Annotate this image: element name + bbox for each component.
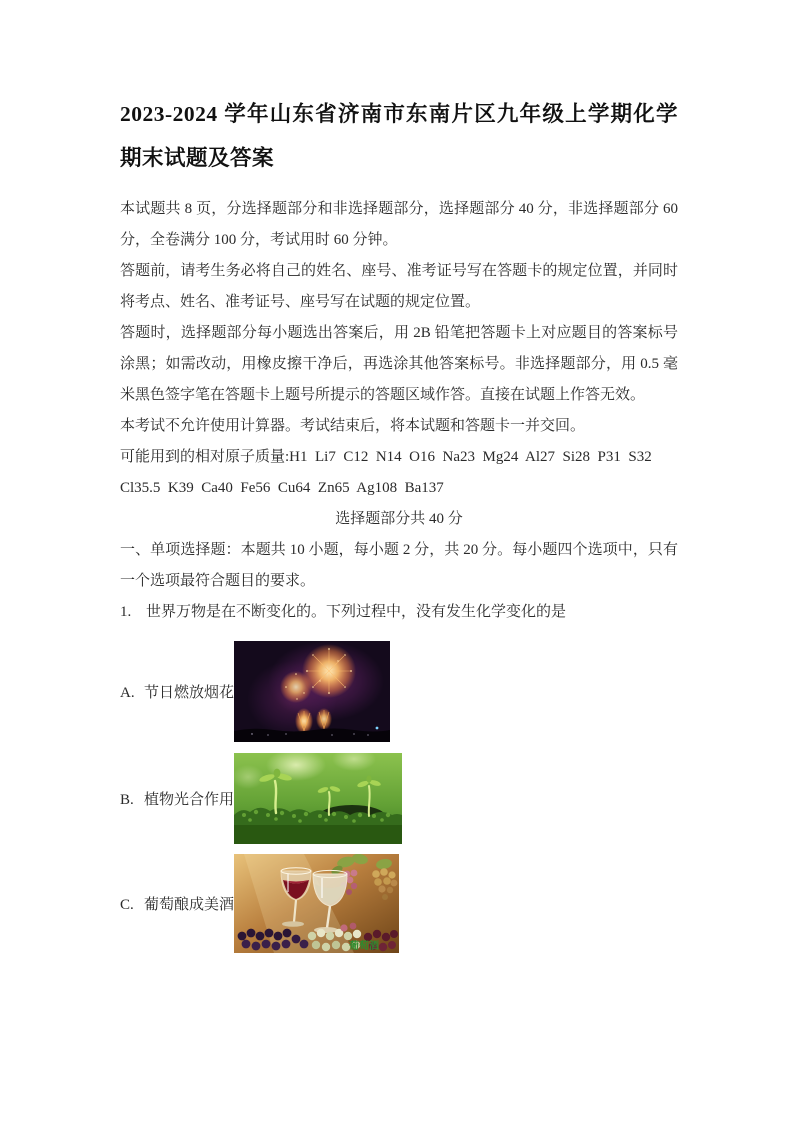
option-a: A.节日燃放烟花 [120, 641, 678, 742]
option-a-label: A.节日燃放烟花 [120, 681, 234, 702]
question-text: 世界万物是在不断变化的。下列过程中，没有发生化学变化的是 [146, 604, 566, 620]
option-letter: A. [120, 685, 144, 702]
exam-document-page: 2023-2024 学年山东省济南市东南片区九年级上学期化学期末试题及答案 本试… [120, 92, 678, 953]
option-letter: B. [120, 792, 144, 809]
intro-paragraph: 本试题共 8 页，分选择题部分和非选择题部分，选择题部分 40 分，非选择题部分… [120, 194, 678, 256]
wine-grapes-photo: 葡萄酒 [234, 854, 399, 953]
page-title: 2023-2024 学年山东省济南市东南片区九年级上学期化学期末试题及答案 [120, 92, 678, 180]
section-intro: 一、单项选择题：本题共 10 小题，每小题 2 分，共 20 分。每小题四个选项… [120, 535, 678, 597]
option-text: 葡萄酿成美酒 [144, 897, 234, 913]
option-text: 植物光合作用 [144, 792, 234, 808]
option-c-label: C.葡萄酿成美酒 [120, 893, 234, 914]
question-1: 1.世界万物是在不断变化的。下列过程中，没有发生化学变化的是 [120, 597, 678, 628]
option-text: 节日燃放烟花 [144, 685, 234, 701]
section-heading: 选择题部分共 40 分 [120, 504, 678, 535]
option-c: C.葡萄酿成美酒 [120, 854, 678, 953]
exam-instructions: 本试题共 8 页，分选择题部分和非选择题部分，选择题部分 40 分，非选择题部分… [120, 194, 678, 504]
intro-paragraph: 本考试不允许使用计算器。考试结束后，将本试题和答题卡一并交回。 [120, 411, 678, 442]
option-b: B.植物光合作用 [120, 753, 678, 844]
intro-paragraph: 答题时，选择题部分每小题选出答案后，用 2B 铅笔把答题卡上对应题目的答案标号涂… [120, 318, 678, 411]
option-b-label: B.植物光合作用 [120, 788, 234, 809]
question-number: 1. [120, 597, 146, 628]
intro-paragraph: 答题前，请考生务必将自己的姓名、座号、准考证号写在答题卡的规定位置，并同时将考点… [120, 256, 678, 318]
seedlings-photo [234, 753, 402, 844]
fireworks-photo [234, 641, 390, 742]
atomic-mass-list: 可能用到的相对原子质量:H1 Li7 C12 N14 O16 Na23 Mg24… [120, 442, 678, 504]
image-watermark: 葡萄酒 [349, 939, 379, 952]
option-letter: C. [120, 897, 144, 914]
